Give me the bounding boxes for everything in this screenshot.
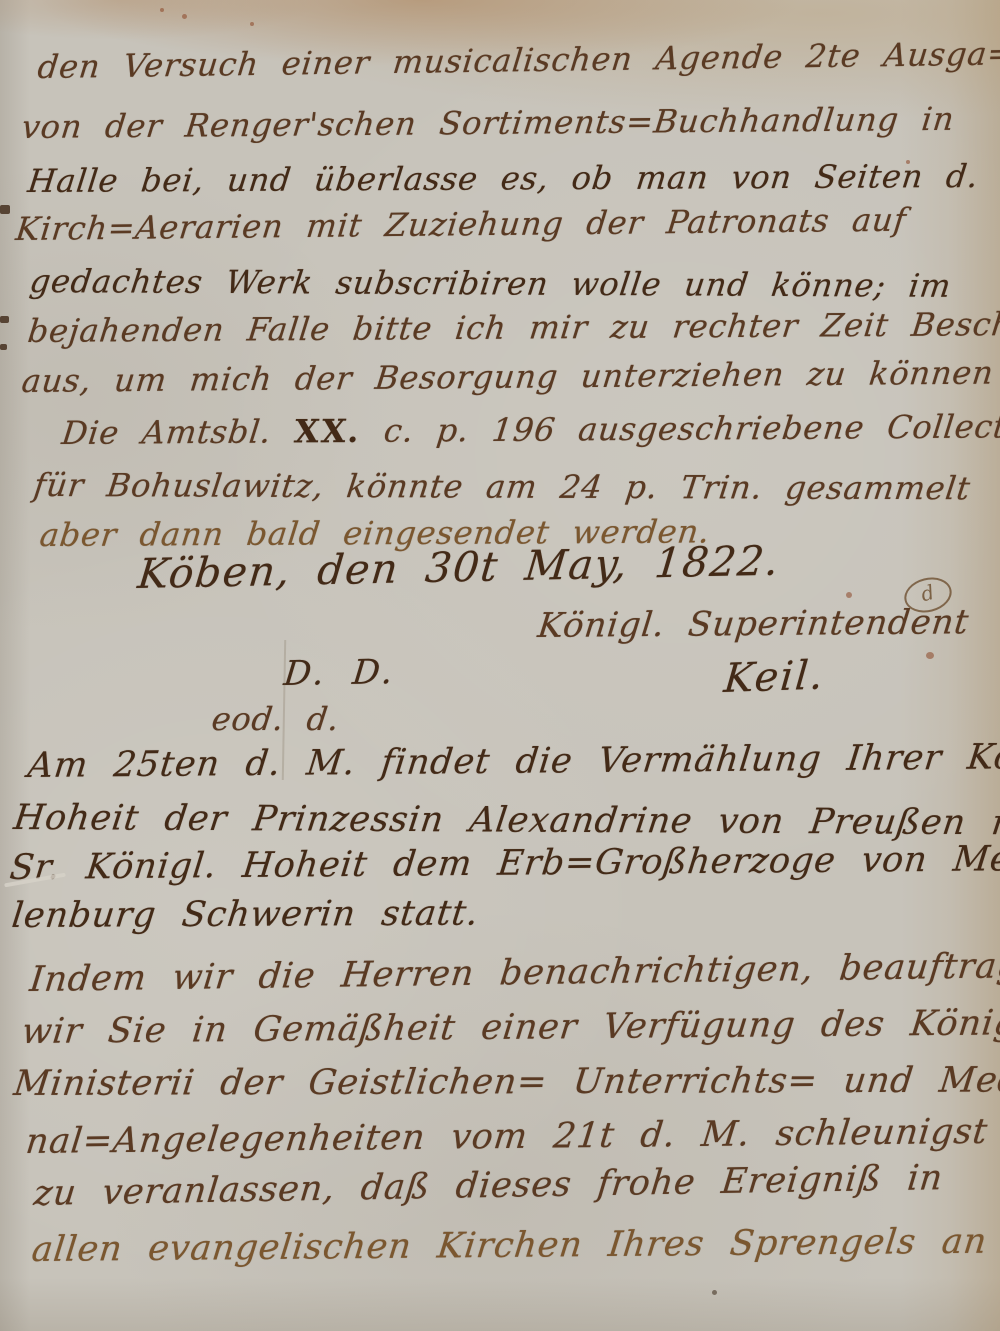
office-line: Königl. Superintendent <box>536 602 971 646</box>
manuscript-line: gedachtes Werk subscribiren wolle und kö… <box>28 262 954 305</box>
manuscript-line: von der Renger'schen Sortiments=Buchhand… <box>20 100 957 146</box>
manuscript-line: bejahenden Falle bitte ich mir zu rechte… <box>26 305 1000 350</box>
signature: Keil. <box>722 652 827 702</box>
manuscript-line: nal=Angelegenheiten vom 21t d. M. schleu… <box>24 1112 990 1162</box>
manuscript-line: Hoheit der Prinzessin Alexandrine von Pr… <box>11 798 1000 843</box>
manuscript-line: den Versuch einer musicalischen Agende 2… <box>36 34 1000 86</box>
manuscript-line: Kirch=Aerarien mit Zuziehung der Patrona… <box>14 201 909 248</box>
margin-ink-mark <box>0 316 9 323</box>
ink-speck <box>712 1290 717 1295</box>
amtsblatt-ref: Die Amtsbl. <box>60 413 274 452</box>
manuscript-line: Ministerii der Geistlichen= Unterrichts=… <box>12 1060 1000 1104</box>
manuscript-line: Indem wir die Herren benachrichtigen, be… <box>28 946 1000 1001</box>
foxing-spot <box>182 14 187 19</box>
manuscript-line: allen evangelischen Kirchen Ihres Spreng… <box>30 1222 990 1270</box>
foxing-spot <box>250 22 254 26</box>
margin-ink-mark <box>0 344 7 350</box>
foxing-spot <box>160 8 164 12</box>
manuscript-line: Sr. Königl. Hoheit dem Erb=Großherzoge v… <box>8 839 1000 888</box>
manuscript-line: für Bohuslawitz, könnte am 24 p. Trin. g… <box>32 466 973 507</box>
manuscript-line: Halle bei, und überlasse es, ob man von … <box>26 157 981 200</box>
manuscript-line-amtsblatt: Die Amtsbl. XX. c. p. 196 ausgeschrieben… <box>60 407 1000 452</box>
manuscript-line: wir Sie in Gemäßheit einer Verfügung des… <box>20 1003 1000 1052</box>
manuscript-line: zu veranlassen, daß dieses frohe Ereigni… <box>32 1158 945 1214</box>
manuscript-page: den Versuch einer musicalischen Agende 2… <box>0 0 1000 1331</box>
manuscript-line: lenburg Schwerin statt. <box>10 894 481 936</box>
foxing-spot <box>846 592 852 598</box>
foxing-spot <box>906 160 910 164</box>
collecte-text: c. p. 196 ausgeschriebene Collecte <box>382 407 1000 450</box>
margin-ink-mark <box>0 205 10 214</box>
foxing-spot <box>926 652 934 659</box>
manuscript-line: aus, um mich der Besorgung unterziehen z… <box>20 354 996 401</box>
manuscript-line: Am 25ten d. M. findet die Vermählung Ihr… <box>26 737 1000 786</box>
eodem-die-line: eod. d. <box>210 700 342 738</box>
roman-numeral-xx: XX. <box>292 412 363 450</box>
flourish-mark: D. D. <box>282 652 398 694</box>
